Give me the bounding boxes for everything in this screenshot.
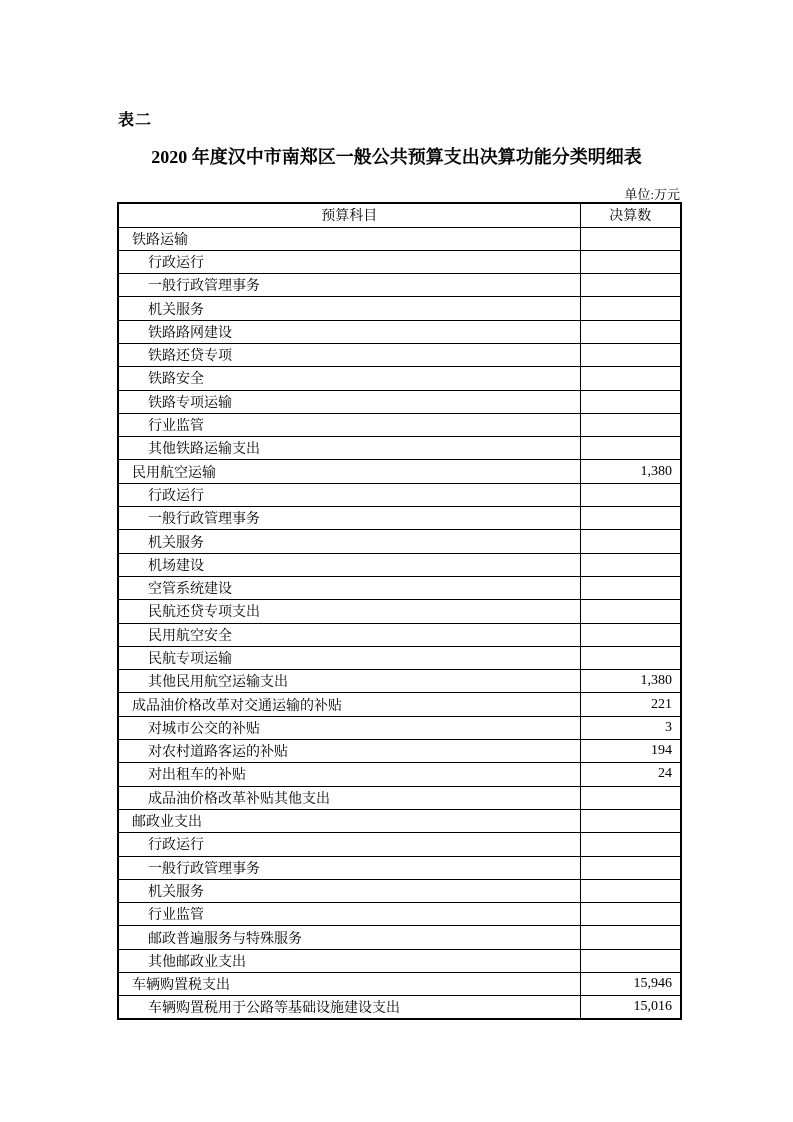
amount-cell bbox=[580, 553, 681, 576]
amount-cell bbox=[580, 437, 681, 460]
subject-cell: 民航专项运输 bbox=[118, 646, 580, 669]
amount-cell bbox=[580, 227, 681, 250]
amount-cell bbox=[580, 879, 681, 902]
table-row: 民航专项运输 bbox=[118, 646, 681, 669]
subject-cell: 行政运行 bbox=[118, 250, 580, 273]
subject-cell: 行业监管 bbox=[118, 413, 580, 436]
subject-cell: 一般行政管理事务 bbox=[118, 856, 580, 879]
table-row: 车辆购置税用于公路等基础设施建设支出15,016 bbox=[118, 996, 681, 1019]
table-number-label: 表二 bbox=[118, 107, 152, 130]
subject-cell: 成品油价格改革补贴其他支出 bbox=[118, 786, 580, 809]
subject-cell: 一般行政管理事务 bbox=[118, 274, 580, 297]
table-row: 民航还贷专项支出 bbox=[118, 600, 681, 623]
amount-cell bbox=[580, 600, 681, 623]
table-row: 空管系统建设 bbox=[118, 576, 681, 599]
table-row: 一般行政管理事务 bbox=[118, 507, 681, 530]
table-row: 铁路运输 bbox=[118, 227, 681, 250]
amount-cell bbox=[580, 507, 681, 530]
amount-cell: 3 bbox=[580, 716, 681, 739]
subject-cell: 民用航空运输 bbox=[118, 460, 580, 483]
subject-cell: 民航还贷专项支出 bbox=[118, 600, 580, 623]
table-row: 一般行政管理事务 bbox=[118, 856, 681, 879]
amount-cell: 24 bbox=[580, 763, 681, 786]
budget-table: 预算科目 决算数 铁路运输行政运行一般行政管理事务机关服务铁路路网建设铁路还贷专… bbox=[117, 202, 682, 1020]
amount-cell bbox=[580, 250, 681, 273]
table-row: 成品油价格改革补贴其他支出 bbox=[118, 786, 681, 809]
amount-cell bbox=[580, 576, 681, 599]
amount-cell bbox=[580, 320, 681, 343]
amount-cell bbox=[580, 297, 681, 320]
subject-column-header: 预算科目 bbox=[118, 203, 580, 227]
subject-cell: 民用航空安全 bbox=[118, 623, 580, 646]
amount-cell bbox=[580, 367, 681, 390]
amount-cell: 221 bbox=[580, 693, 681, 716]
table-row: 其他铁路运输支出 bbox=[118, 437, 681, 460]
table-row: 行业监管 bbox=[118, 903, 681, 926]
table-row: 其他民用航空运输支出1,380 bbox=[118, 670, 681, 693]
table-row: 铁路还贷专项 bbox=[118, 343, 681, 366]
table-row: 铁路安全 bbox=[118, 367, 681, 390]
subject-cell: 机关服务 bbox=[118, 879, 580, 902]
amount-cell bbox=[580, 413, 681, 436]
amount-cell bbox=[580, 949, 681, 972]
table-row: 民用航空安全 bbox=[118, 623, 681, 646]
amount-cell bbox=[580, 390, 681, 413]
amount-cell bbox=[580, 274, 681, 297]
subject-cell: 成品油价格改革对交通运输的补贴 bbox=[118, 693, 580, 716]
amount-cell bbox=[580, 483, 681, 506]
amount-cell bbox=[580, 833, 681, 856]
table-body: 铁路运输行政运行一般行政管理事务机关服务铁路路网建设铁路还贷专项铁路安全铁路专项… bbox=[118, 227, 681, 1019]
table-row: 其他邮政业支出 bbox=[118, 949, 681, 972]
subject-cell: 车辆购置税用于公路等基础设施建设支出 bbox=[118, 996, 580, 1019]
amount-cell: 15,016 bbox=[580, 996, 681, 1019]
subject-cell: 机关服务 bbox=[118, 530, 580, 553]
table-row: 邮政业支出 bbox=[118, 809, 681, 832]
page-title: 2020 年度汉中市南郑区一般公共预算支出决算功能分类明细表 bbox=[0, 143, 793, 169]
subject-cell: 铁路路网建设 bbox=[118, 320, 580, 343]
amount-column-header: 决算数 bbox=[580, 203, 681, 227]
amount-cell bbox=[580, 786, 681, 809]
subject-cell: 对农村道路客运的补贴 bbox=[118, 740, 580, 763]
subject-cell: 铁路专项运输 bbox=[118, 390, 580, 413]
table-row: 民用航空运输1,380 bbox=[118, 460, 681, 483]
amount-cell bbox=[580, 343, 681, 366]
subject-cell: 铁路还贷专项 bbox=[118, 343, 580, 366]
amount-cell bbox=[580, 809, 681, 832]
amount-cell bbox=[580, 623, 681, 646]
document-page: 表二 2020 年度汉中市南郑区一般公共预算支出决算功能分类明细表 单位:万元 … bbox=[0, 0, 793, 1122]
table-row: 行政运行 bbox=[118, 483, 681, 506]
table-row: 铁路路网建设 bbox=[118, 320, 681, 343]
subject-cell: 其他民用航空运输支出 bbox=[118, 670, 580, 693]
subject-cell: 邮政业支出 bbox=[118, 809, 580, 832]
table-row: 对农村道路客运的补贴194 bbox=[118, 740, 681, 763]
table-row: 行政运行 bbox=[118, 833, 681, 856]
amount-cell bbox=[580, 646, 681, 669]
table-row: 行业监管 bbox=[118, 413, 681, 436]
subject-cell: 铁路运输 bbox=[118, 227, 580, 250]
subject-cell: 对城市公交的补贴 bbox=[118, 716, 580, 739]
subject-cell: 行政运行 bbox=[118, 833, 580, 856]
table-row: 机关服务 bbox=[118, 297, 681, 320]
table-row: 行政运行 bbox=[118, 250, 681, 273]
subject-cell: 其他邮政业支出 bbox=[118, 949, 580, 972]
subject-cell: 邮政普遍服务与特殊服务 bbox=[118, 926, 580, 949]
table-row: 对城市公交的补贴3 bbox=[118, 716, 681, 739]
amount-cell: 15,946 bbox=[580, 973, 681, 996]
amount-cell bbox=[580, 926, 681, 949]
subject-cell: 机关服务 bbox=[118, 297, 580, 320]
subject-cell: 一般行政管理事务 bbox=[118, 507, 580, 530]
table-header-row: 预算科目 决算数 bbox=[118, 203, 681, 227]
unit-label: 单位:万元 bbox=[624, 184, 680, 203]
amount-cell bbox=[580, 903, 681, 926]
subject-cell: 行业监管 bbox=[118, 903, 580, 926]
subject-cell: 其他铁路运输支出 bbox=[118, 437, 580, 460]
amount-cell bbox=[580, 530, 681, 553]
table-row: 车辆购置税支出15,946 bbox=[118, 973, 681, 996]
amount-cell: 1,380 bbox=[580, 460, 681, 483]
amount-cell bbox=[580, 856, 681, 879]
table-row: 成品油价格改革对交通运输的补贴221 bbox=[118, 693, 681, 716]
subject-cell: 对出租车的补贴 bbox=[118, 763, 580, 786]
table-row: 对出租车的补贴24 bbox=[118, 763, 681, 786]
amount-cell: 194 bbox=[580, 740, 681, 763]
table-row: 铁路专项运输 bbox=[118, 390, 681, 413]
table-row: 一般行政管理事务 bbox=[118, 274, 681, 297]
table-row: 邮政普遍服务与特殊服务 bbox=[118, 926, 681, 949]
subject-cell: 车辆购置税支出 bbox=[118, 973, 580, 996]
subject-cell: 空管系统建设 bbox=[118, 576, 580, 599]
table-row: 机场建设 bbox=[118, 553, 681, 576]
subject-cell: 铁路安全 bbox=[118, 367, 580, 390]
subject-cell: 行政运行 bbox=[118, 483, 580, 506]
amount-cell: 1,380 bbox=[580, 670, 681, 693]
table-row: 机关服务 bbox=[118, 530, 681, 553]
table-row: 机关服务 bbox=[118, 879, 681, 902]
subject-cell: 机场建设 bbox=[118, 553, 580, 576]
